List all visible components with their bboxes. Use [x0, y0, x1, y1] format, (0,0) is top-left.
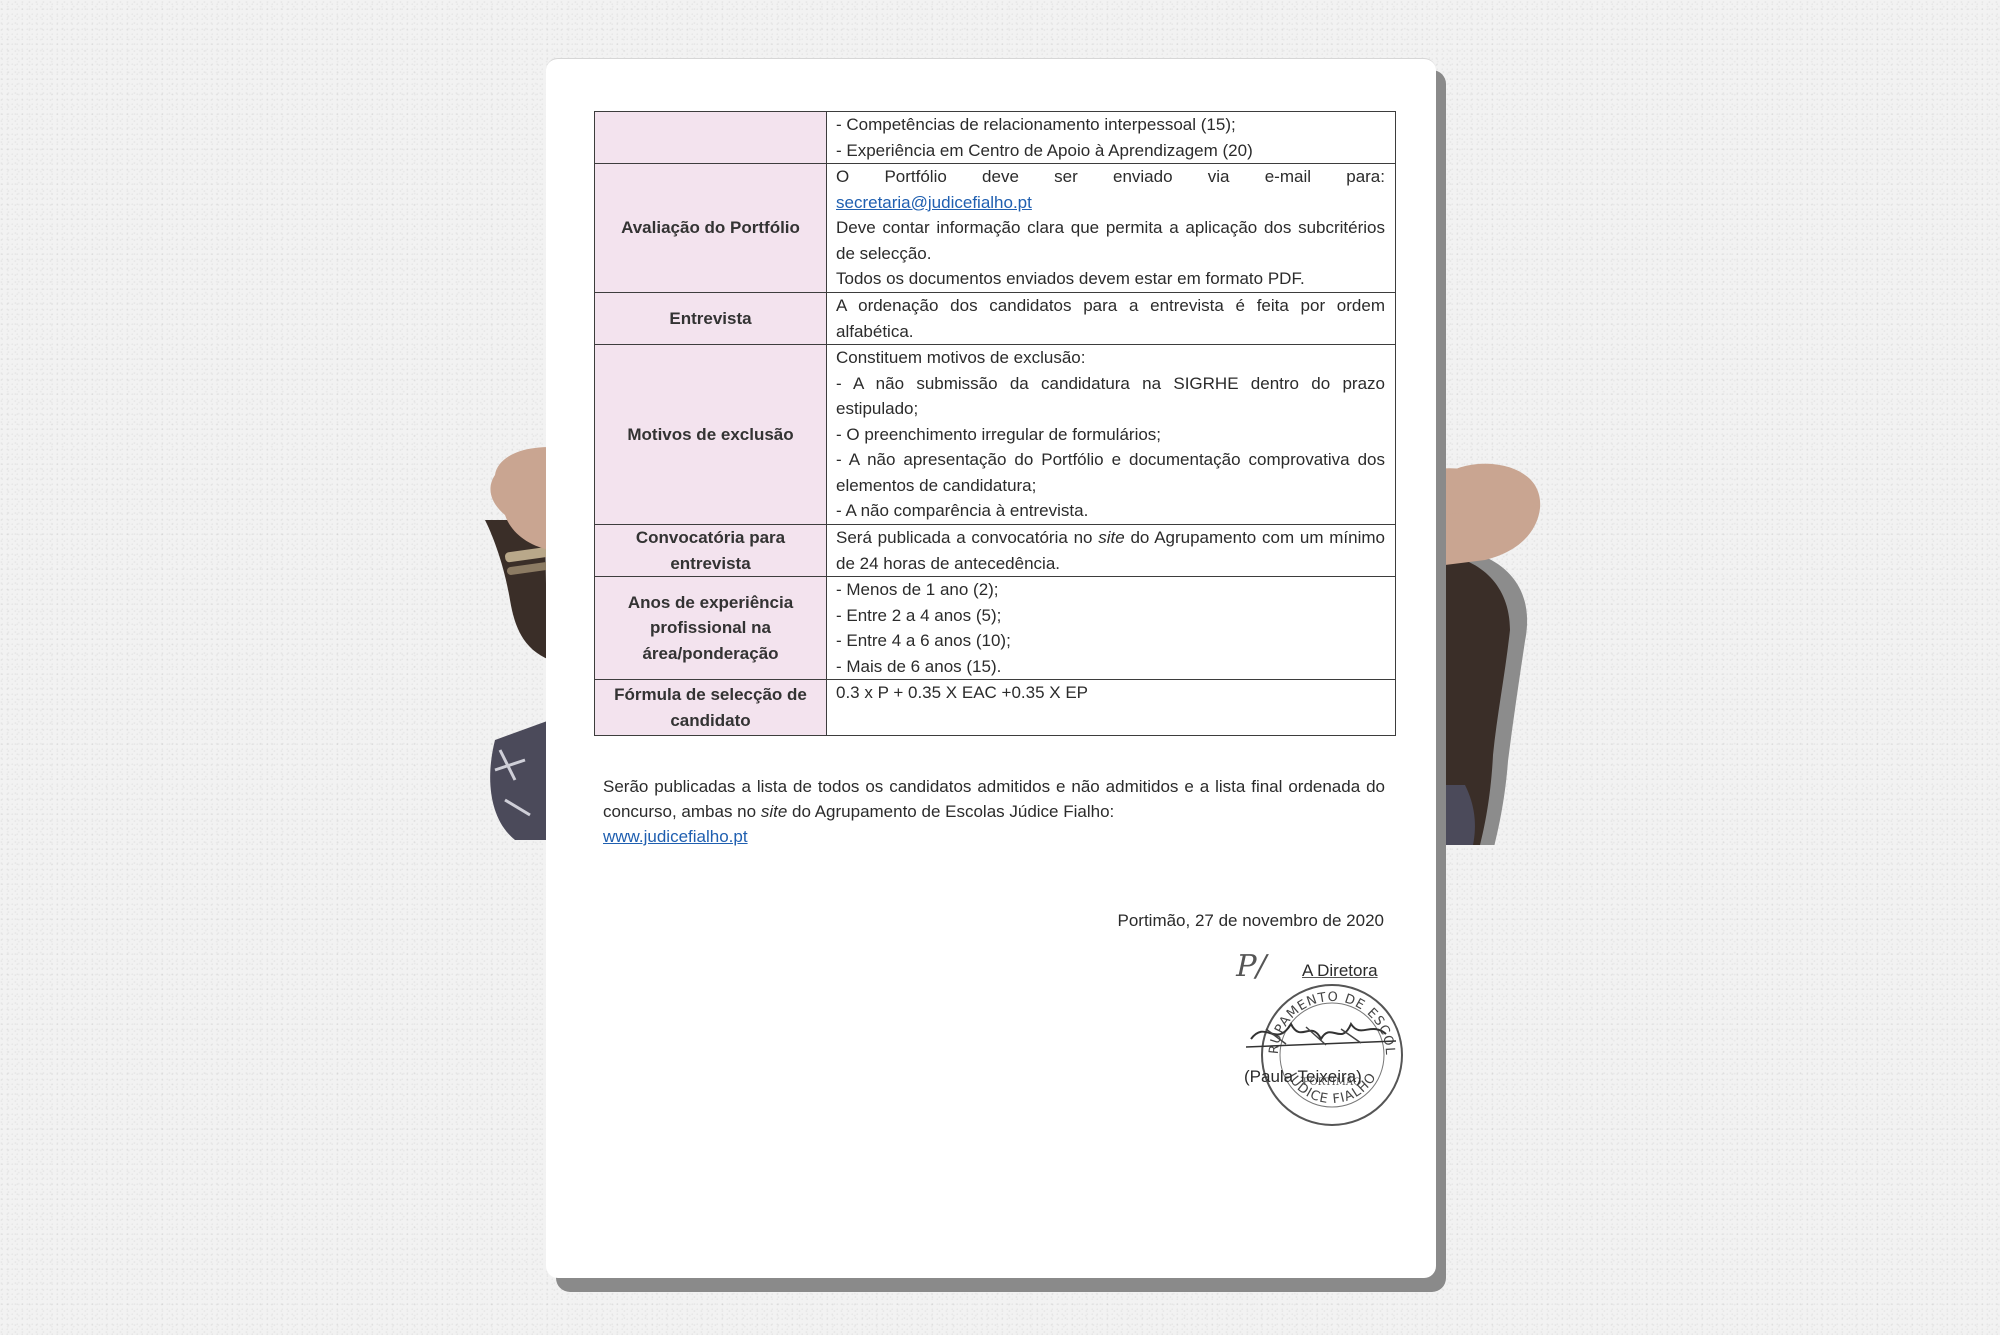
portfolio-intro: O Portfólio deve ser enviado via e-mail …	[836, 164, 1385, 190]
exclusion-line: - A não comparência à entrevista.	[836, 498, 1385, 524]
selection-criteria-table: - Competências de relacionamento interpe…	[594, 111, 1396, 736]
table-row: Entrevista A ordenação dos candidatos pa…	[595, 293, 1396, 345]
formula-line: 0.3 x P + 0.35 X EAC +0.35 X EP	[836, 680, 1385, 706]
signatory-role: A Diretora	[1302, 961, 1378, 981]
row-content: A ordenação dos candidatos para a entrev…	[827, 293, 1396, 345]
signatory-name: (Paula Teixeira)	[1244, 1067, 1362, 1087]
experience-line: - Mais de 6 anos (15).	[836, 654, 1385, 680]
portfolio-line: Todos os documentos enviados devem estar…	[836, 266, 1385, 292]
experience-line: - Entre 4 a 6 anos (10);	[836, 628, 1385, 654]
row-content: O Portfólio deve ser enviado via e-mail …	[827, 164, 1396, 293]
handwritten-signature	[1246, 1009, 1396, 1059]
interview-line: A ordenação dos candidatos para a entrev…	[836, 293, 1385, 344]
table-row: Anos de experiência profissional na área…	[595, 577, 1396, 680]
row-label: Motivos de exclusão	[595, 345, 827, 525]
table-row: - Competências de relacionamento interpe…	[595, 112, 1396, 164]
row-label: Entrevista	[595, 293, 827, 345]
row-content: 0.3 x P + 0.35 X EAC +0.35 X EP	[827, 680, 1396, 736]
criterion-line: - Experiência em Centro de Apoio à Apren…	[836, 138, 1385, 164]
table-row: Avaliação do Portfólio O Portfólio deve …	[595, 164, 1396, 293]
experience-line: - Entre 2 a 4 anos (5);	[836, 603, 1385, 629]
row-content: Constituem motivos de exclusão: - A não …	[827, 345, 1396, 525]
row-content: - Menos de 1 ano (2); - Entre 2 a 4 anos…	[827, 577, 1396, 680]
table-row: Convocatória para entrevista Será public…	[595, 525, 1396, 577]
row-label: Avaliação do Portfólio	[595, 164, 827, 293]
convocation-site-word: site	[1098, 528, 1124, 547]
initials-handwritten: P/	[1232, 949, 1270, 984]
portfolio-line: Deve contar informação clara que permita…	[836, 215, 1385, 266]
email-link[interactable]: secretaria@judicefialho.pt	[836, 193, 1032, 212]
closing-text-end: do Agrupamento de Escolas Júdice Fialho:	[787, 802, 1114, 821]
criterion-line: - Competências de relacionamento interpe…	[836, 112, 1385, 138]
website-link[interactable]: www.judicefialho.pt	[603, 827, 748, 846]
row-label: Anos de experiência profissional na área…	[595, 577, 827, 680]
table-row: Motivos de exclusão Constituem motivos d…	[595, 345, 1396, 525]
table-row: Fórmula de selecção de candidato 0.3 x P…	[595, 680, 1396, 736]
row-content: Será publicada a convocatória no site do…	[827, 525, 1396, 577]
row-label: Convocatória para entrevista	[595, 525, 827, 577]
date-line: Portimão, 27 de novembro de 2020	[1117, 911, 1384, 931]
row-content: - Competências de relacionamento interpe…	[827, 112, 1396, 164]
convocation-text-start: Será publicada a convocatória no	[836, 528, 1098, 547]
row-label: Fórmula de selecção de candidato	[595, 680, 827, 736]
exclusion-line: - A não submissão da candidatura na SIGR…	[836, 371, 1385, 422]
exclusion-line: - A não apresentação do Portfólio e docu…	[836, 447, 1385, 498]
experience-line: - Menos de 1 ano (2);	[836, 577, 1385, 603]
exclusion-line: Constituem motivos de exclusão:	[836, 345, 1385, 371]
document-page: - Competências de relacionamento interpe…	[546, 58, 1436, 1278]
row-label	[595, 112, 827, 164]
closing-paragraph: Serão publicadas a lista de todos os can…	[603, 774, 1385, 849]
closing-site-word: site	[761, 802, 787, 821]
signature-block: P/ A Diretora AGRUPAMENTO DE ESCOLAS JÚD…	[1236, 949, 1406, 1179]
exclusion-line: - O preenchimento irregular de formulári…	[836, 422, 1385, 448]
